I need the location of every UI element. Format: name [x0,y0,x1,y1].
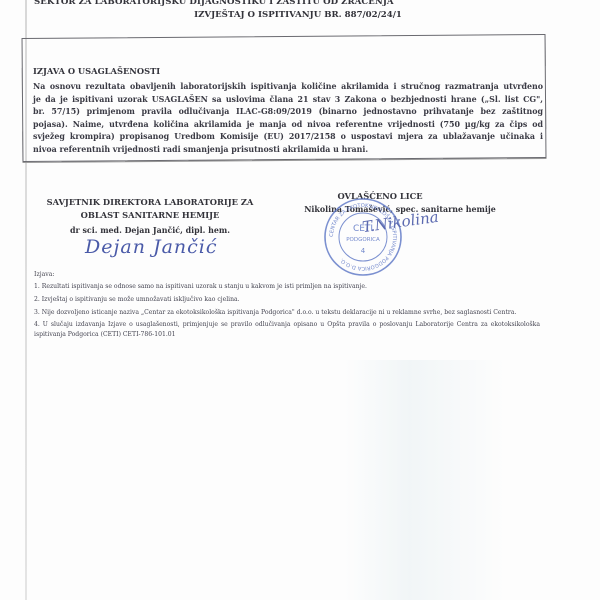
statement-line: pojasa). Naime, utvrđena količina akrila… [33,119,543,132]
notes-label: Izjava: [34,271,55,278]
left-signatory-title: SAVJETNIK DIREKTORA LABORATORIJE ZA OBLA… [40,196,260,222]
svg-text:4: 4 [361,247,366,255]
statement-line: je da je ispitivani uzorak USAGLAŠEN sa … [33,94,543,107]
statement-line: Na osnovu rezultata obavljenih laborator… [33,81,543,94]
notes-list: 1. Rezultati ispitivanja se odnose samo … [34,282,540,343]
sector-heading: SEKTOR ZA LABORATORIJSKU DIJAGNOSTIKU I … [34,0,394,7]
statement-line: br. 57/15) primjenom pravila odlučivanja… [33,106,543,119]
scan-shading [345,360,505,600]
left-handwritten-signature: Dejan Jančić [85,236,218,258]
note-item: 1. Rezultati ispitivanja se odnose samo … [34,282,540,292]
note-item: 4. U slučaju izdavanja Izjave o usaglaše… [34,320,540,339]
statement-line: nivoa referentnih vrijednosti radi smanj… [33,144,543,157]
report-title: IZVJEŠTAJ O ISPITIVANJU BR. 887/02/24/1 [0,10,600,20]
svg-text:PODGORICA: PODGORICA [346,237,380,243]
conformity-statement-title: IZJAVA O USAGLAŠENOSTI [33,66,160,76]
official-stamp-icon: CENTAR ZA EKOTOKSIKOLOŠKA ISPITIVANJA PO… [323,197,403,277]
note-item: 2. Izvještaj o ispitivanju se može umnož… [34,295,540,305]
note-item: 3. Nije dozvoljeno isticanje naziva „Cen… [34,308,540,318]
conformity-statement-text: Na osnovu rezultata obavljenih laborator… [33,81,543,156]
statement-line: svježeg krompira) propisanog Uredbom Kom… [33,131,543,144]
left-signatory-name: dr sci. med. Dejan Jančić, dipl. hem. [40,226,260,235]
